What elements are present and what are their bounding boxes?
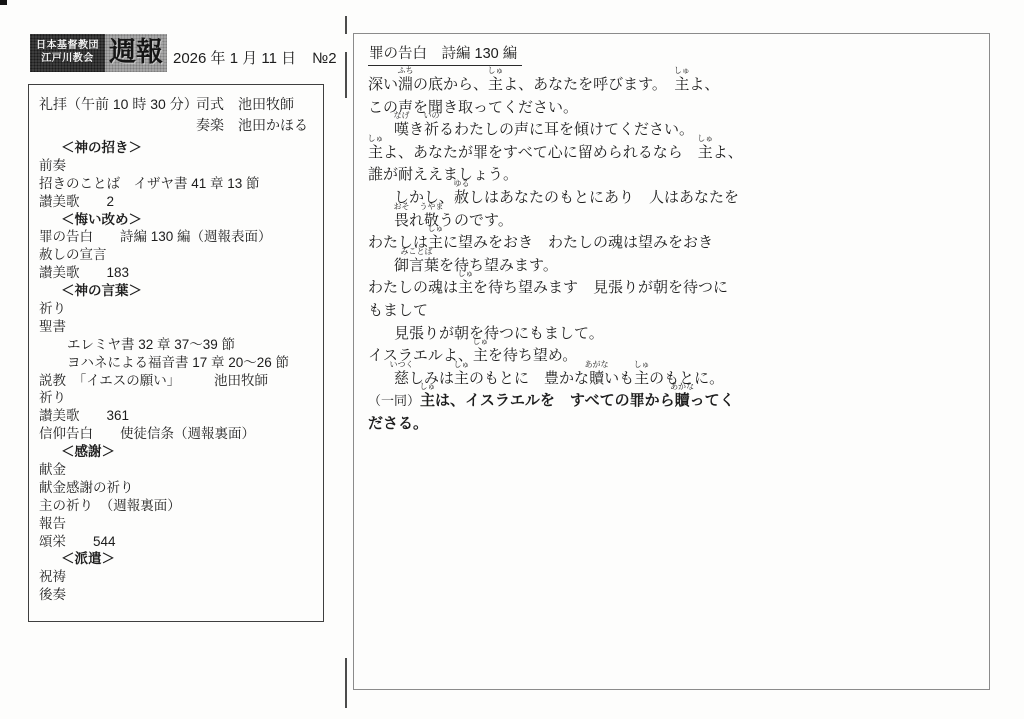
issue-number: №2 xyxy=(312,50,336,67)
program-item: ヨハネによる福音書 17 章 20～26 節 xyxy=(39,351,319,369)
ruby-annotation: しゅ xyxy=(697,135,713,143)
ruby-base: 主しゅ xyxy=(473,345,488,368)
program-item: 罪の告白 詩編 130 編（週報表面） xyxy=(39,225,319,243)
psalm-line-text: 見張りが朝を待つにもまして。 xyxy=(394,325,604,342)
program-item: 頌栄 544 xyxy=(39,530,319,548)
ruby-base: 主しゅ xyxy=(698,142,713,165)
ruby-annotation: うやま xyxy=(420,203,444,211)
psalm-title: 罪の告白 詩編 130 編 xyxy=(368,42,522,66)
psalm-line-text: ださる。 xyxy=(368,415,428,432)
psalm-line-text: 主しゅよ、あなたが罪をすべて心に留められるなら 主しゅよ、 xyxy=(368,144,743,161)
program-item: 聖書 xyxy=(39,315,319,333)
psalm-line-text: 御言葉みことばを待ち望みます。 xyxy=(394,257,558,274)
ruby-base: 慈いつく xyxy=(394,368,409,391)
program-item: 後奏 xyxy=(39,583,319,601)
ruby-base: 淵ふち xyxy=(398,74,413,97)
program-item: 讃美歌 183 xyxy=(39,261,319,279)
program-item: エレミヤ書 32 章 37～39 節 xyxy=(39,333,319,351)
issue-date: 2026 年 1 月 11 日 xyxy=(173,50,296,67)
ruby-annotation: ふち xyxy=(398,67,414,75)
ruby-base: 嘆なげ xyxy=(394,119,409,142)
program-item: 前奏 xyxy=(39,154,319,172)
ruby-base: 赦ゆる xyxy=(454,187,469,210)
ruby-base: 畏おそ xyxy=(394,210,409,233)
ruby-base: 主しゅ xyxy=(368,142,383,165)
program-item: 祈り xyxy=(39,297,319,315)
program-item: 祝祷 xyxy=(39,565,319,583)
page-fold-mark-middle xyxy=(345,52,347,98)
service-header-rows: 礼拝（午前 10 時 30 分）司式 池田牧師奏楽 池田かほる xyxy=(39,94,319,136)
psalm-line-text: 深い淵ふちの底から、主しゅよ、あなたを呼びます。 主しゅよ、 xyxy=(368,76,719,93)
ruby-annotation: おそ xyxy=(394,203,410,211)
ruby-base: 主しゅ xyxy=(634,368,649,391)
worship-program-box: 礼拝（午前 10 時 30 分）司式 池田牧師奏楽 池田かほる ＜神の招き＞前奏… xyxy=(28,84,324,622)
church-name-block: 日本基督教団 江戸川教会 xyxy=(30,34,105,72)
psalm-line-text: 誰が耐ええましょう。 xyxy=(368,166,518,183)
ruby-annotation: しゅ xyxy=(458,270,474,278)
issue-date-line: 2026 年 1 月 11 日№2 xyxy=(173,47,337,68)
psalm-line-text: 主しゅは、イスラエルを すべての罪から贖あがなってく xyxy=(420,392,735,409)
page-fold-mark-bottom xyxy=(345,658,347,708)
bulletin-title: 週報 xyxy=(105,34,167,72)
psalm-line: （一同）主しゅは、イスラエルを すべての罪から贖あがなってく xyxy=(368,390,975,413)
psalm-line: 深い淵ふちの底から、主しゅよ、あなたを呼びます。 主しゅよ、 xyxy=(368,74,975,97)
ruby-annotation: しゅ xyxy=(368,135,384,143)
ruby-base: 贖あがな xyxy=(675,390,690,413)
ruby-base: 祈いの xyxy=(424,119,439,142)
psalm-line-text: わたしの魂は主しゅを待ち望みます 見張りが朝を待つに xyxy=(368,279,728,296)
program-item: 赦しの宣言 xyxy=(39,243,319,261)
psalm-line-text: もまして xyxy=(368,302,428,319)
ruby-annotation: いの xyxy=(424,112,440,120)
psalm-line-text: しかし、赦ゆるしはあなたのもとにあり 人はあなたを xyxy=(394,189,739,206)
ruby-base: 主しゅ xyxy=(674,74,689,97)
church-name-line2: 江戸川教会 xyxy=(41,53,94,64)
program-item: 主の祈り （週報裏面） xyxy=(39,494,319,512)
ruby-base: 主しゅ xyxy=(420,390,435,413)
service-role: 司式 池田牧師 xyxy=(196,94,294,115)
program-item: 報告 xyxy=(39,512,319,530)
program-item: 祈り xyxy=(39,386,319,404)
psalm-line: 見張りが朝を待つにもまして。 xyxy=(368,323,975,346)
ruby-annotation: みことば xyxy=(401,248,433,256)
program-item: 説教 「イエスの願い」 池田牧師 xyxy=(39,369,319,387)
program-item: 献金 xyxy=(39,458,319,476)
ruby-annotation: あがな xyxy=(585,361,609,369)
psalm-line: もまして xyxy=(368,300,975,323)
program-item: 讃美歌 361 xyxy=(39,404,319,422)
ruby-annotation: しゅ xyxy=(488,67,504,75)
page-fold-mark-top xyxy=(345,16,347,34)
service-role: 奏楽 池田かほる xyxy=(196,115,308,136)
scan-corner-artifact xyxy=(0,0,7,5)
ruby-annotation: しゅ xyxy=(428,225,444,233)
program-item: 献金感謝の祈り xyxy=(39,476,319,494)
program-item: 招きのことば イザヤ書 41 章 13 節 xyxy=(39,172,319,190)
program-section-heading: ＜悔い改め＞ xyxy=(39,208,319,226)
ruby-base: 主しゅ xyxy=(454,368,469,391)
psalm-line: 畏おそれ敬うやまうのです。 xyxy=(368,210,975,233)
ruby-base: 贖あがな xyxy=(589,368,604,391)
psalm-line: この声を聞き取ってください。 xyxy=(368,97,975,120)
ruby-annotation: いつく xyxy=(390,361,414,369)
psalm-line: しかし、赦ゆるしはあなたのもとにあり 人はあなたを xyxy=(368,187,975,210)
program-section-heading: ＜派遣＞ xyxy=(39,547,319,565)
program-section-heading: ＜神の言葉＞ xyxy=(39,279,319,297)
ruby-annotation: あがな xyxy=(670,383,694,391)
service-time xyxy=(39,115,196,136)
psalm-line: わたしの魂は主しゅを待ち望みます 見張りが朝を待つに xyxy=(368,277,975,300)
service-leader-row: 奏楽 池田かほる xyxy=(39,115,319,136)
ruby-annotation: しゅ xyxy=(420,383,436,391)
program-section-heading: ＜感謝＞ xyxy=(39,440,319,458)
scanned-bulletin-page: 日本基督教団 江戸川教会 週報 2026 年 1 月 11 日№2 礼拝（午前 … xyxy=(0,0,1024,719)
church-name-line1: 日本基督教団 xyxy=(36,40,99,51)
ruby-base: 主しゅ xyxy=(488,74,503,97)
psalm-line: わたしは主しゅに望みをおき わたしの魂は望みをおき xyxy=(368,232,975,255)
program-rows: ＜神の招き＞前奏招きのことば イザヤ書 41 章 13 節讃美歌 2＜悔い改め＞… xyxy=(39,136,319,601)
psalm-line-text: 嘆なげき祈いのるわたしの声に耳を傾けてください。 xyxy=(394,121,694,138)
psalm-line-text: 畏おそれ敬うやまうのです。 xyxy=(394,212,513,229)
psalm-line: 主しゅよ、あなたが罪をすべて心に留められるなら 主しゅよ、 xyxy=(368,142,975,165)
ruby-annotation: しゅ xyxy=(472,338,488,346)
psalm-box: 罪の告白 詩編 130 編 深い淵ふちの底から、主しゅよ、あなたを呼びます。 主… xyxy=(353,33,990,690)
service-time: 礼拝（午前 10 時 30 分） xyxy=(39,94,196,115)
service-leader-row: 礼拝（午前 10 時 30 分）司式 池田牧師 xyxy=(39,94,319,115)
ruby-base: 御言葉みことば xyxy=(394,255,439,278)
ruby-annotation: しゅ xyxy=(674,67,690,75)
ruby-annotation: ゆる xyxy=(454,180,470,188)
psalm-line: 嘆なげき祈いのるわたしの声に耳を傾けてください。 xyxy=(368,119,975,142)
program-item: 讃美歌 2 xyxy=(39,190,319,208)
program-item: 信仰告白 使徒信条（週報裏面） xyxy=(39,422,319,440)
ruby-base: 主しゅ xyxy=(458,277,473,300)
program-section-heading: ＜神の招き＞ xyxy=(39,136,319,154)
unison-marker: （一同） xyxy=(368,393,420,408)
psalm-text: 深い淵ふちの底から、主しゅよ、あなたを呼びます。 主しゅよ、この声を聞き取ってく… xyxy=(368,74,975,436)
ruby-annotation: しゅ xyxy=(454,361,470,369)
psalm-line: ださる。 xyxy=(368,413,975,436)
ruby-annotation: なげ xyxy=(394,112,410,120)
ruby-annotation: しゅ xyxy=(634,361,650,369)
